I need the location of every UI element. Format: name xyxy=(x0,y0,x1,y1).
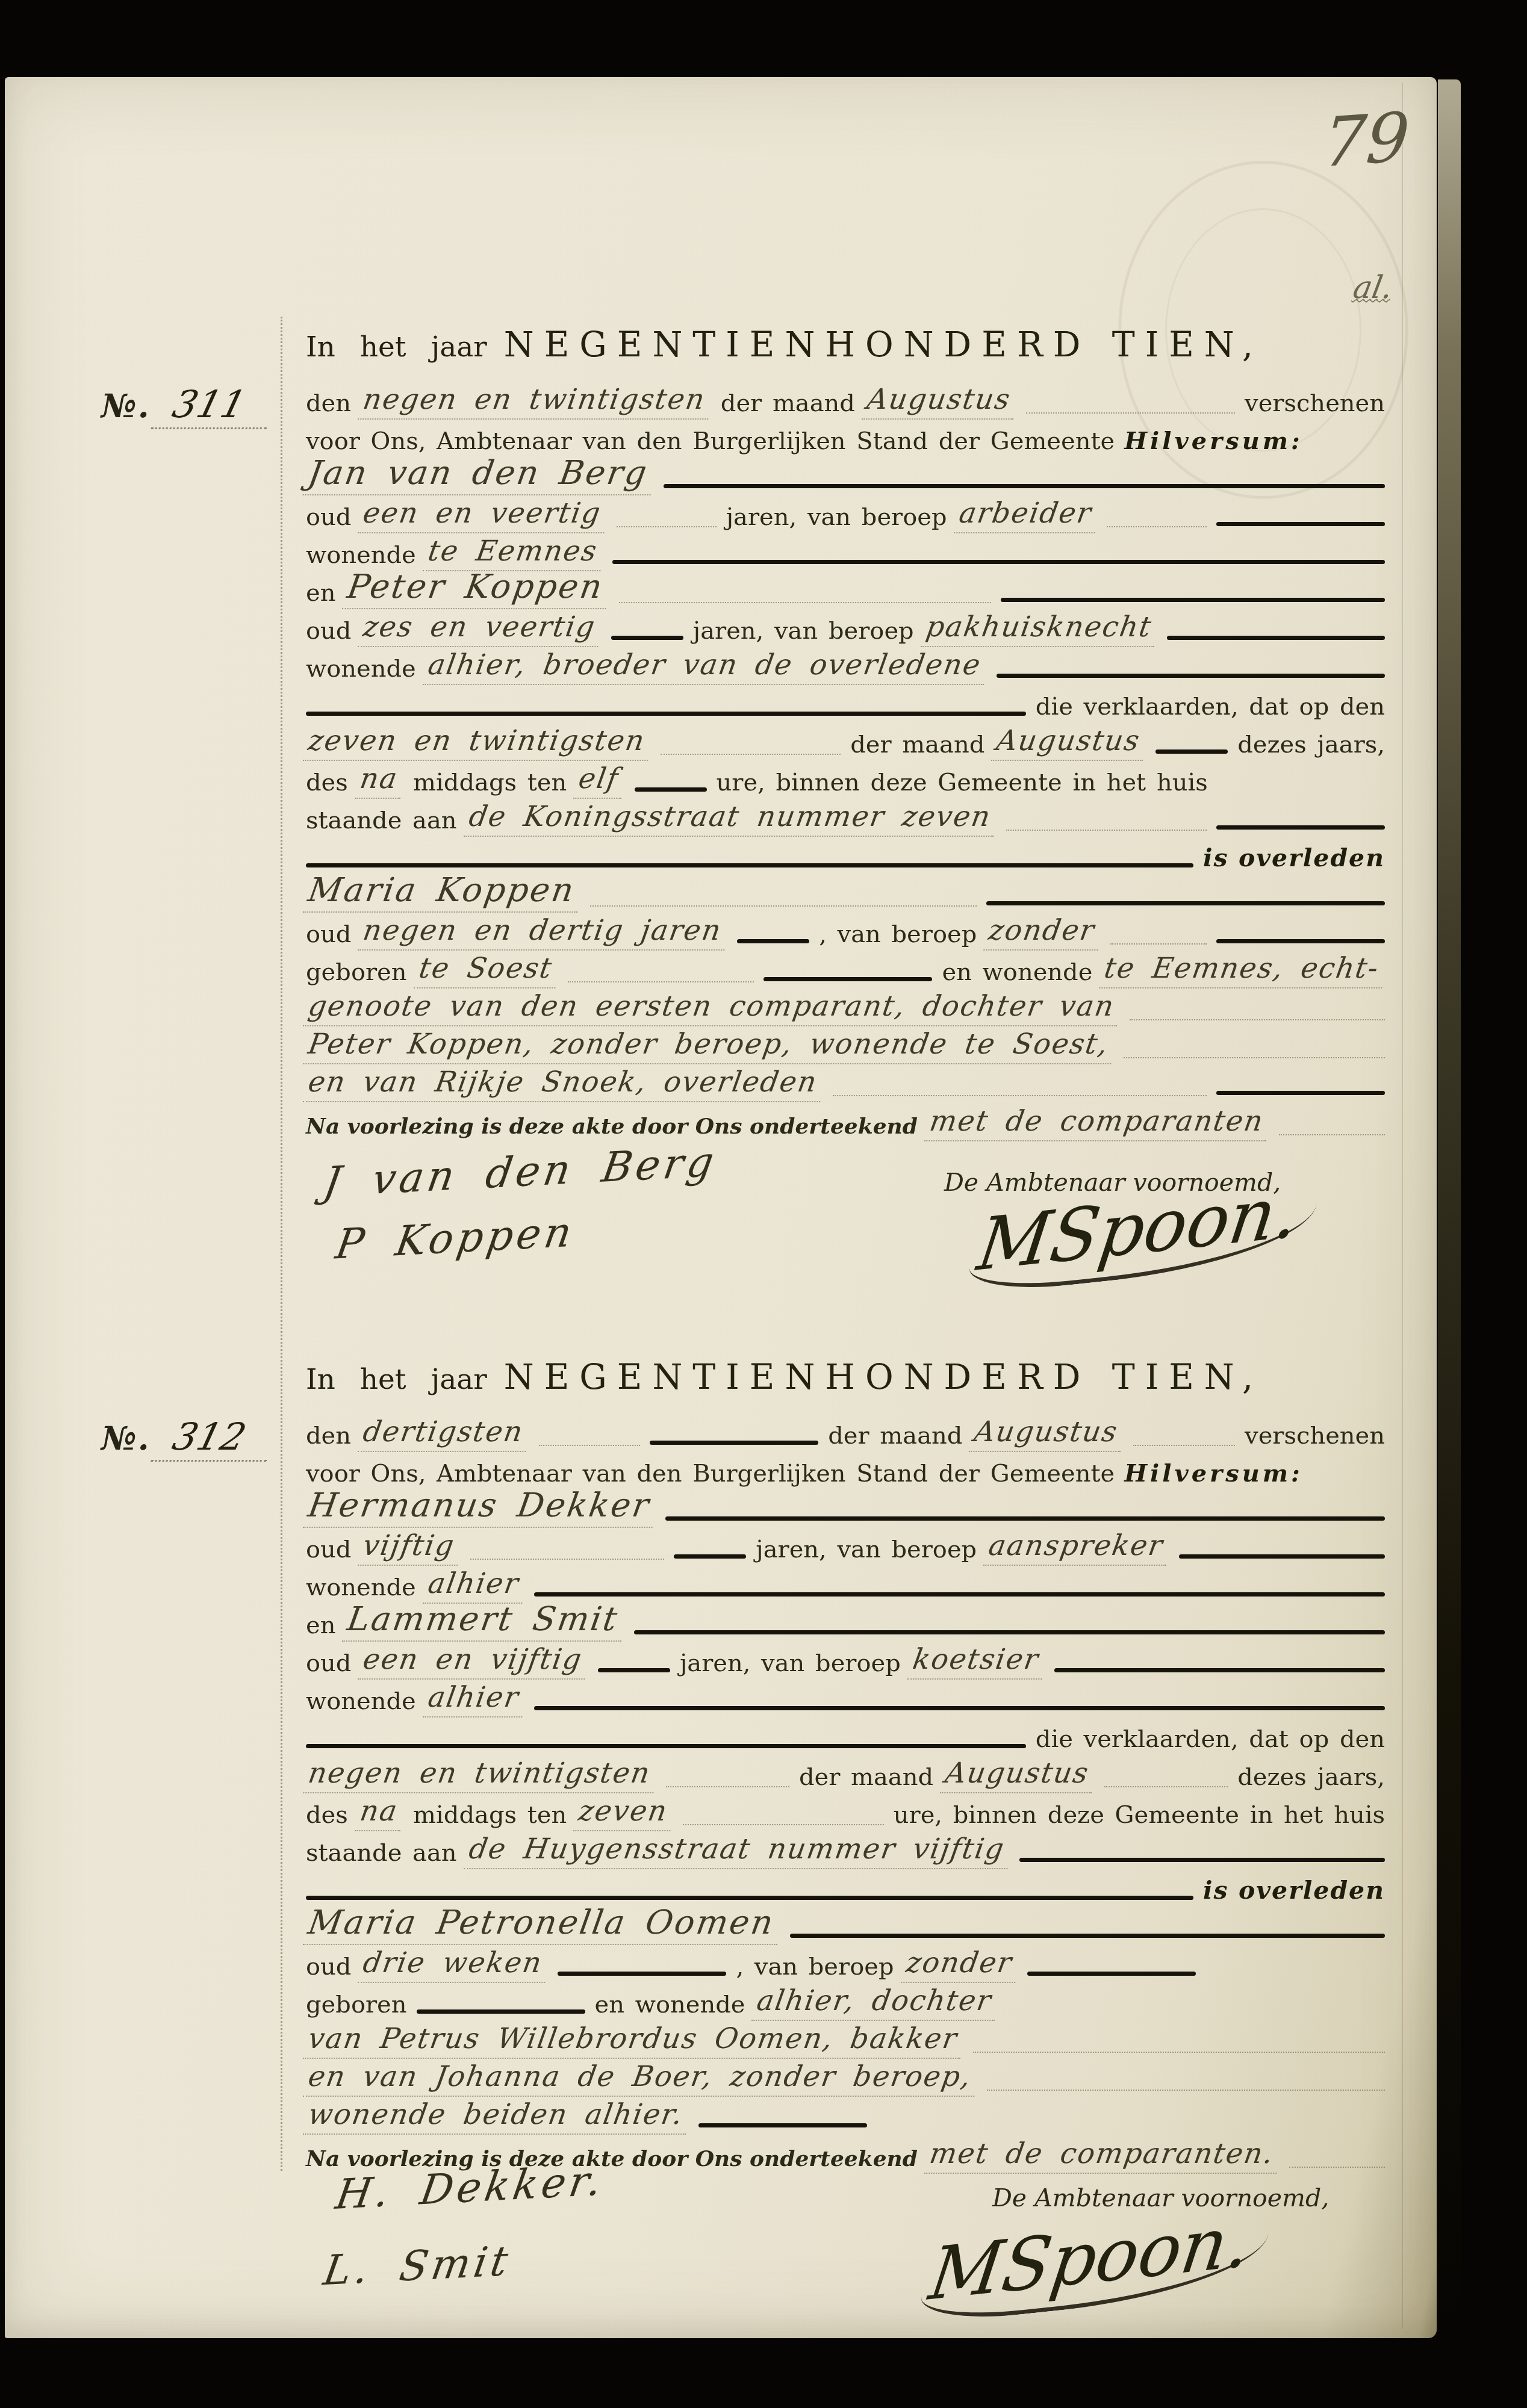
act-body: In het jaarNEGENTIENHONDERD TIEN,dennege… xyxy=(306,325,1385,383)
dotted-line xyxy=(1130,1013,1385,1020)
form-line: Maria Koppen xyxy=(306,876,1385,914)
handwritten-text: wonende beiden alhier. xyxy=(303,2098,692,2135)
handwritten-text: drie weken xyxy=(358,1946,552,1983)
handwritten-text: negen en twintigsten xyxy=(358,383,714,420)
form-line: oudnegen en dertig jaren, van beroepzond… xyxy=(306,914,1385,952)
form-lines: dendertigstender maandAugustusverschenen… xyxy=(306,1415,1385,2175)
handwritten-name: Maria Petronella Oomen xyxy=(302,1903,783,1945)
form-line: Peter Koppen, zonder beroep, wonende te … xyxy=(306,1028,1385,1066)
handwritten-text: de Huygensstraat nummer vijftig xyxy=(464,1832,1013,1869)
ink-rule xyxy=(1179,1554,1385,1559)
dotted-line xyxy=(568,975,754,982)
handwritten-text: zonder xyxy=(983,914,1103,951)
printed-text: middags ten xyxy=(413,769,567,796)
printed-text: en xyxy=(306,579,335,607)
form-line: enLammert Smit xyxy=(306,1605,1385,1643)
ink-rule xyxy=(306,712,1026,716)
printed-text: geboren xyxy=(306,1991,407,2019)
ink-rule xyxy=(1216,522,1385,526)
form-line: geborenen wonendealhier, dochter xyxy=(306,1984,1385,2022)
ink-rule xyxy=(1216,825,1385,830)
form-line: staande aande Koningsstraat nummer zeven xyxy=(306,800,1385,838)
printed-text: jaren, van beroep xyxy=(693,617,914,645)
printed-text: dezes jaars, xyxy=(1237,1763,1385,1791)
register-page: 79 al. №.311In het jaarNEGENTIENHONDERD … xyxy=(5,77,1437,2338)
ink-rule xyxy=(650,1441,818,1445)
dotted-line xyxy=(1133,1439,1235,1446)
form-line: ouddrie weken, van beroepzonder xyxy=(306,1946,1385,1984)
printed-text: en wonende xyxy=(595,1991,745,2019)
handwritten-text: de Koningsstraat nummer zeven xyxy=(464,800,1000,837)
printed-text-bold: Hilversum: xyxy=(1124,427,1303,455)
handwritten-text: Augustus xyxy=(991,724,1149,761)
handwritten-text: Augustus xyxy=(862,383,1019,420)
ink-rule xyxy=(534,1706,1385,1710)
handwritten-text: alhier, broeder van de overledene xyxy=(423,648,990,685)
ink-rule xyxy=(1054,1668,1385,1672)
printed-text: wonende xyxy=(306,1574,416,1601)
handwritten-text: vijftig xyxy=(358,1529,464,1566)
act-header: In het jaarNEGENTIENHONDERD TIEN, xyxy=(306,1358,1385,1415)
handwritten-text: pakhuisknecht xyxy=(921,610,1160,647)
official-signature: MSpoon. xyxy=(971,1186,1316,1277)
dotted-line xyxy=(1107,520,1207,527)
handwritten-text: genoote van den eersten comparant, docht… xyxy=(303,990,1123,1026)
act-header-intro: In het jaar xyxy=(306,330,487,364)
ink-rule xyxy=(611,636,683,640)
dotted-line xyxy=(683,1818,883,1825)
dotted-line xyxy=(666,1780,789,1787)
handwritten-text: zeven xyxy=(573,1795,676,1831)
death-act-312: №.312In het jaarNEGENTIENHONDERD TIEN,de… xyxy=(41,1358,1390,2333)
dotted-line xyxy=(1110,937,1207,945)
printed-text: den xyxy=(306,389,351,417)
printed-text: voor Ons, Ambtenaar van den Burgerlijken… xyxy=(306,1460,1115,1488)
printed-text: staande aan xyxy=(306,807,457,834)
handwritten-name: Maria Koppen xyxy=(302,870,583,913)
printed-text: oud xyxy=(306,617,351,645)
page-binding-edge xyxy=(1438,79,1461,2331)
ink-rule xyxy=(417,2009,585,2014)
printed-text: die verklaarden, dat op den xyxy=(1036,693,1385,721)
ink-rule xyxy=(306,863,1193,867)
form-line: Jan van den Berg xyxy=(306,459,1385,497)
handwritten-text: Augustus xyxy=(940,1757,1098,1793)
signature-text: L. Smit xyxy=(320,2237,515,2295)
printed-text: dezes jaars, xyxy=(1237,731,1385,759)
form-line: negen en twintigstender maandAugustusdez… xyxy=(306,1757,1385,1795)
handwritten-text: en van Rijkje Snoek, overleden xyxy=(303,1066,826,1102)
dotted-line xyxy=(1104,1780,1228,1787)
form-line: oudeen en veertigjaren, van beroeparbeid… xyxy=(306,497,1385,535)
ink-rule xyxy=(997,674,1385,678)
act-number-value: 312 xyxy=(151,1415,278,1462)
handwritten-text: negen en dertig jaren xyxy=(358,914,730,951)
handwritten-name: Hermanus Dekker xyxy=(302,1486,659,1528)
printed-text: oud xyxy=(306,1953,351,1981)
handwritten-text: een en veertig xyxy=(358,497,610,533)
handwritten-text: te Eemnes, echt- xyxy=(1099,952,1388,988)
dotted-line xyxy=(833,1089,1207,1096)
form-line: en van Rijkje Snoek, overleden xyxy=(306,1066,1385,1103)
dotted-line xyxy=(1289,2161,1385,2168)
handwritten-text: Augustus xyxy=(969,1415,1127,1452)
signature-text: H. Dekker. xyxy=(332,2157,609,2219)
death-act-311: №.311In het jaarNEGENTIENHONDERD TIEN,de… xyxy=(41,325,1390,1348)
handwritten-text: elf xyxy=(573,762,627,799)
handwritten-text: met de comparanten. xyxy=(924,2137,1283,2174)
printed-text: der maand xyxy=(799,1763,933,1791)
form-line: enPeter Koppen xyxy=(306,573,1385,610)
official-signature: MSpoon. xyxy=(923,2215,1268,2306)
form-line: oudzes en veertigjaren, van beroeppakhui… xyxy=(306,610,1385,648)
printed-text: verschenen xyxy=(1245,389,1385,417)
handwritten-text: en van Johanna de Boer, zonder beroep, xyxy=(303,2060,980,2097)
form-line: die verklaarden, dat op den xyxy=(306,1719,1385,1757)
printed-text: middags ten xyxy=(413,1801,567,1829)
ink-rule xyxy=(1216,939,1385,943)
printed-text: des xyxy=(306,769,348,796)
ink-rule xyxy=(306,1896,1193,1900)
printed-text: en xyxy=(306,1612,335,1639)
ink-rule xyxy=(635,787,707,792)
handwritten-text: aanspreker xyxy=(983,1529,1172,1566)
handwritten-text: zes en veertig xyxy=(358,610,605,647)
act-header: In het jaarNEGENTIENHONDERD TIEN, xyxy=(306,325,1385,383)
form-line: staande aande Huygensstraat nummer vijft… xyxy=(306,1832,1385,1870)
signature-text: MSpoon. xyxy=(966,1167,1322,1296)
act-header-year: NEGENTIENHONDERD TIEN, xyxy=(504,325,1263,365)
act-number: №.312 xyxy=(101,1415,272,1462)
ink-rule xyxy=(665,1516,1385,1521)
form-line: oudeen en vijftigjaren, van beroepkoetsi… xyxy=(306,1643,1385,1681)
margin-note: al. xyxy=(1351,270,1396,306)
printed-text: , van beroep xyxy=(819,920,977,948)
form-line: wonende beiden alhier. xyxy=(306,2098,1385,2136)
handwritten-text: te Soest xyxy=(414,952,561,988)
handwritten-name: Jan van den Berg xyxy=(302,453,657,495)
dotted-line xyxy=(973,2046,1385,2053)
printed-text: der maand xyxy=(850,731,984,759)
printed-overleden-label: is overleden xyxy=(1203,843,1385,872)
dotted-line xyxy=(987,2084,1385,2091)
dotted-line xyxy=(661,748,841,755)
form-line: genoote van den eersten comparant, docht… xyxy=(306,990,1385,1028)
handwritten-text: alhier, dochter xyxy=(752,1984,1001,2021)
dotted-line xyxy=(617,520,717,527)
form-line: dendertigstender maandAugustusverschenen xyxy=(306,1415,1385,1453)
printed-text: jaren, van beroep xyxy=(756,1536,977,1563)
printed-text: wonende xyxy=(306,541,416,569)
ink-rule xyxy=(1027,1972,1196,1976)
ink-rule xyxy=(986,901,1385,905)
handwritten-text: negen en twintigsten xyxy=(303,1757,659,1793)
printed-text: der maand xyxy=(721,389,855,417)
act-header-intro: In het jaar xyxy=(306,1363,487,1396)
printed-text-bold: Hilversum: xyxy=(1124,1459,1303,1488)
printed-text: wonende xyxy=(306,655,416,683)
printed-text: oud xyxy=(306,920,351,948)
form-line: zeven en twintigstender maandAugustusdez… xyxy=(306,724,1385,762)
printed-text: ure, binnen deze Gemeente in het huis xyxy=(894,1801,1385,1829)
form-line: en van Johanna de Boer, zonder beroep, xyxy=(306,2060,1385,2098)
handwritten-text: met de comparanten xyxy=(924,1105,1272,1141)
ink-rule xyxy=(1216,1091,1385,1095)
printed-text: voor Ons, Ambtenaar van den Burgerlijken… xyxy=(306,427,1115,455)
printed-text: oud xyxy=(306,1649,351,1677)
ink-rule xyxy=(598,1668,670,1672)
printed-text: , van beroep xyxy=(736,1953,894,1981)
printed-text: die verklaarden, dat op den xyxy=(1036,1725,1385,1753)
numero-sign: №. xyxy=(101,1419,151,1457)
act-header-year: NEGENTIENHONDERD TIEN, xyxy=(504,1358,1263,1397)
form-line: oudvijftigjaren, van beroepaanspreker xyxy=(306,1529,1385,1567)
numero-sign: №. xyxy=(101,386,151,425)
handwritten-name: Lammert Smit xyxy=(342,1600,628,1642)
printed-text: jaren, van beroep xyxy=(680,1649,901,1677)
ink-rule xyxy=(763,977,932,981)
printed-text: oud xyxy=(306,503,351,531)
form-line: dennegen en twintigstender maandAugustus… xyxy=(306,383,1385,421)
printed-text: geboren xyxy=(306,958,407,986)
handwritten-text: koetsier xyxy=(907,1643,1048,1680)
handwritten-text: Peter Koppen, zonder beroep, wonende te … xyxy=(303,1028,1117,1064)
dotted-line xyxy=(590,899,977,907)
act-body: In het jaarNEGENTIENHONDERD TIEN,dendert… xyxy=(306,1358,1385,1415)
handwritten-text: zonder xyxy=(901,1946,1021,1983)
ink-rule xyxy=(664,484,1385,488)
handwritten-name: Peter Koppen xyxy=(342,567,613,609)
printed-text: en wonende xyxy=(942,958,1092,986)
witness-signature: L. Smit xyxy=(324,2242,511,2290)
printed-text: ure, binnen deze Gemeente in het huis xyxy=(717,769,1208,796)
dotted-line xyxy=(1124,1051,1385,1058)
closing-line: Na voorlezing is deze akte door Ons onde… xyxy=(306,1105,1385,1143)
act-number: №.311 xyxy=(101,382,272,429)
signature-text: MSpoon. xyxy=(918,2197,1274,2326)
handwritten-text: na xyxy=(355,1795,406,1831)
signature-text: J van den Berg xyxy=(320,1138,720,1207)
handwritten-text: te Eemnes xyxy=(423,535,606,571)
ink-rule xyxy=(698,2123,867,2127)
printed-text: der maand xyxy=(828,1422,962,1450)
ink-rule xyxy=(306,1744,1026,1748)
handwritten-text: arbeider xyxy=(954,497,1100,533)
printed-text: oud xyxy=(306,1536,351,1563)
printed-text: jaren, van beroep xyxy=(726,503,947,531)
form-line: die verklaarden, dat op den xyxy=(306,686,1385,724)
handwritten-text: na xyxy=(355,762,406,799)
form-line: wonendealhier, broeder van de overledene xyxy=(306,648,1385,686)
dotted-line xyxy=(1026,406,1235,414)
ink-rule xyxy=(790,1934,1385,1938)
page-number: 79 xyxy=(1321,98,1412,183)
handwritten-text: een en vijftig xyxy=(358,1643,591,1680)
dotted-line xyxy=(470,1553,664,1560)
ink-rule xyxy=(534,1592,1385,1597)
form-line: geborente Soesten wonendete Eemnes, echt… xyxy=(306,952,1385,990)
dotted-line xyxy=(1279,1128,1385,1135)
dotted-line xyxy=(539,1439,641,1446)
printed-text: den xyxy=(306,1422,351,1450)
form-line: desnamiddags tenelfure, binnen deze Geme… xyxy=(306,762,1385,800)
form-lines: dennegen en twintigstender maandAugustus… xyxy=(306,383,1385,1143)
form-line: desnamiddags tenzevenure, binnen deze Ge… xyxy=(306,1795,1385,1832)
witness-signature: J van den Berg xyxy=(324,1149,717,1196)
signature-text: P Koppen xyxy=(332,1208,578,1269)
ink-rule xyxy=(1001,598,1385,602)
ink-rule xyxy=(634,1630,1385,1634)
handwritten-text: alhier xyxy=(423,1681,527,1718)
form-line: Hermanus Dekker xyxy=(306,1491,1385,1529)
ink-rule xyxy=(1167,636,1385,640)
act-number-value: 311 xyxy=(151,382,278,429)
handwritten-text: van Petrus Willebrordus Oomen, bakker xyxy=(303,2022,966,2059)
ink-rule xyxy=(674,1554,746,1559)
handwritten-text: dertigsten xyxy=(358,1415,532,1452)
form-line: Maria Petronella Oomen xyxy=(306,1908,1385,1946)
form-line: wonendealhier xyxy=(306,1681,1385,1719)
page-crease xyxy=(1402,83,1403,2329)
handwritten-text: zeven en twintigsten xyxy=(303,724,653,761)
printed-text: des xyxy=(306,1801,348,1829)
printed-text: wonende xyxy=(306,1687,416,1715)
printed-text: verschenen xyxy=(1245,1422,1385,1450)
witness-signature: P Koppen xyxy=(336,1215,574,1262)
ink-rule xyxy=(737,939,809,943)
ink-rule xyxy=(1019,1858,1385,1862)
witness-signature: H. Dekker. xyxy=(336,2164,605,2212)
ink-rule xyxy=(1155,749,1228,754)
printed-closing-text: Na voorlezing is deze akte door Ons onde… xyxy=(306,1114,918,1139)
printed-overleden-label: is overleden xyxy=(1203,1876,1385,1905)
dotted-line xyxy=(1006,824,1207,831)
handwritten-text: alhier xyxy=(423,1567,527,1604)
form-line: van Petrus Willebrordus Oomen, bakker xyxy=(306,2022,1385,2060)
printed-text: staande aan xyxy=(306,1839,457,1867)
dotted-line xyxy=(619,596,991,603)
ink-rule xyxy=(558,1972,726,1976)
ink-rule xyxy=(612,560,1385,564)
